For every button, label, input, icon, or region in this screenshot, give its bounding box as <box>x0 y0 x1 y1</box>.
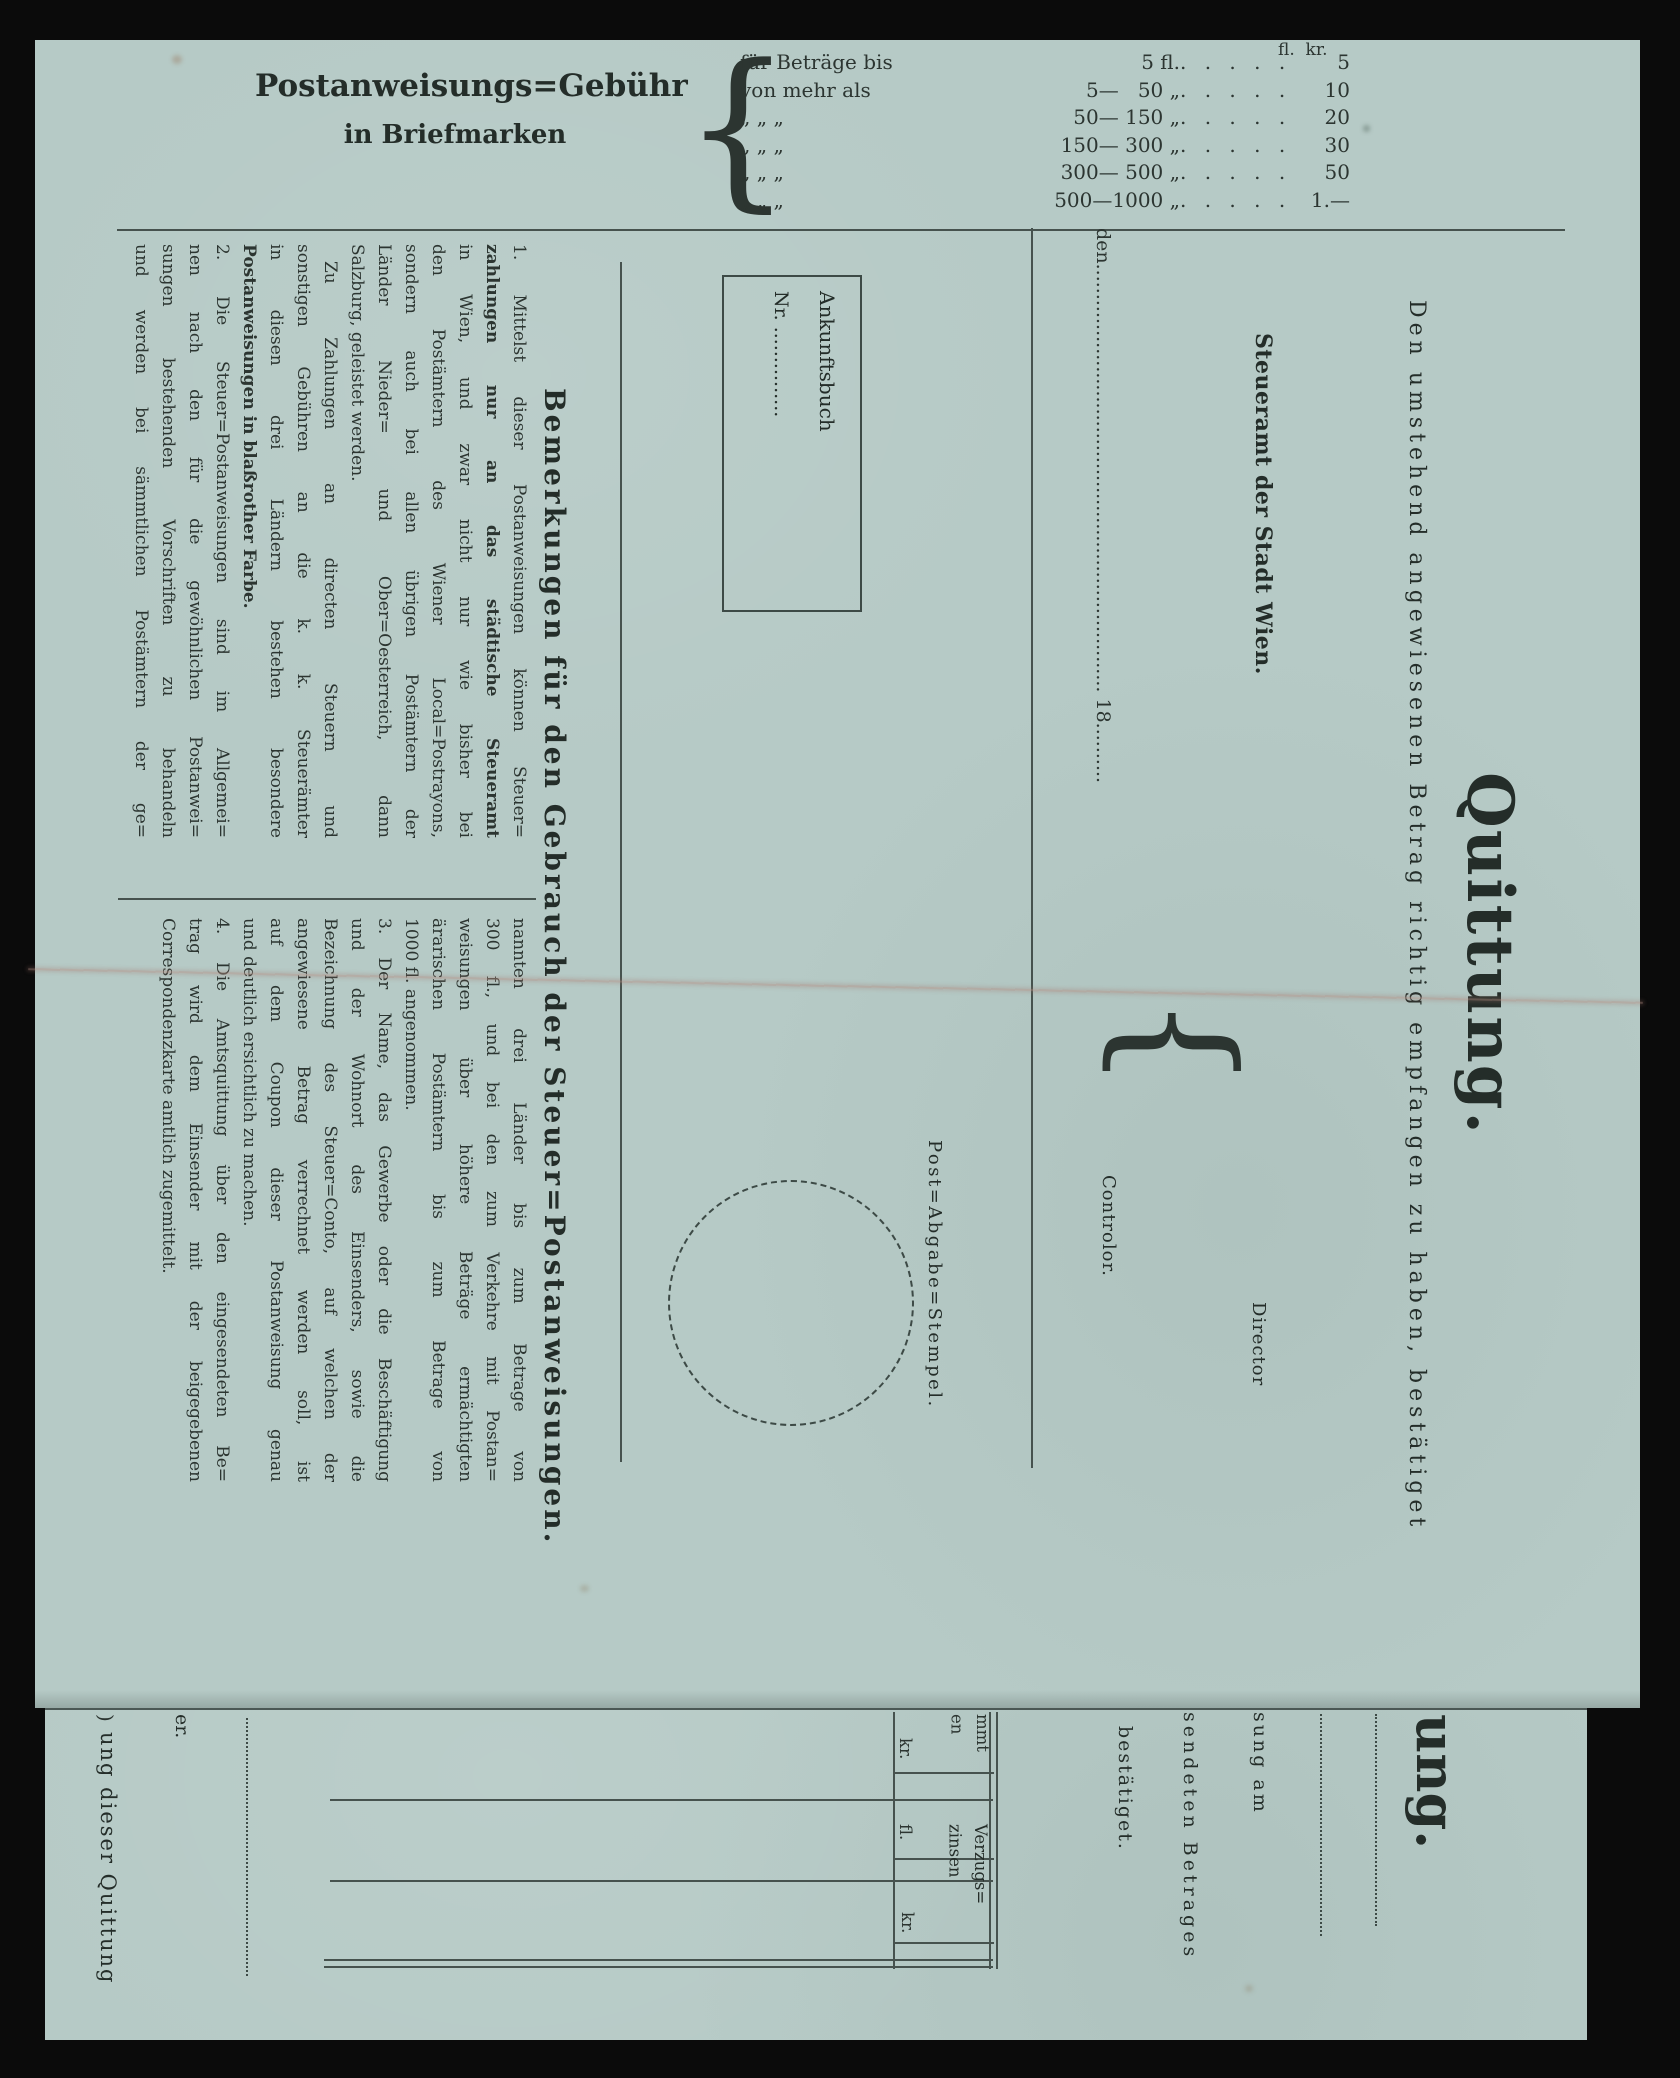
confirmation-text: Den umstehend angewiesenen Betrag richti… <box>1404 300 1429 1490</box>
amount-table-kr-top: kr. <box>896 1738 915 1759</box>
fee-row-range: 50— 150 „ <box>955 105 1180 129</box>
note-line: Bezeichnung des Steuer=Conto, auf welche… <box>316 918 343 1482</box>
amount-table-header-fragment: mmt en <box>944 1714 995 1752</box>
note-line: nen nach den für die gewöhnlichen Postan… <box>181 244 208 838</box>
fee-row-range: 300— 500 „ <box>955 160 1180 184</box>
note-line: sungen bestehenden Vorschriften zu behan… <box>154 244 181 838</box>
verzugszinsen-line2: zinsen <box>942 1824 968 1904</box>
fee-row-label: „ „ „ <box>740 160 955 184</box>
bottom-line-am: sung am <box>1249 1712 1271 1815</box>
fee-row-dots: . . . . . . . <box>1180 133 1295 157</box>
bottom-line-betrag: sendeten Betrages <box>1179 1712 1201 1960</box>
fee-row-range: 150— 300 „ <box>955 133 1180 157</box>
note-line: auf dem Coupon dieser Postanweisung gena… <box>262 918 289 1482</box>
amount-table-line-1 <box>330 1799 993 1801</box>
bottom-er-fragment: er. <box>171 1714 193 1738</box>
fee-row-label: für Beträge bis <box>740 50 955 74</box>
fee-row-range: 500—1000 „ <box>955 188 1180 212</box>
fee-row-value: 50 <box>1295 160 1350 184</box>
note-line: in diesen drei Ländern bestehen besonder… <box>262 244 289 838</box>
fee-title-line1: Postanweisungs=Gebühr <box>255 68 655 104</box>
bottom-line-bestaetiget: bestätiget. <box>1114 1726 1136 1851</box>
note-line: 1000 fl. angenommen. <box>397 918 424 1482</box>
note-line: 300 fl., und bei den zum Verkehre mit Po… <box>478 918 505 1482</box>
note-line: zahlungen nur an das städtische Steueram… <box>478 244 505 838</box>
fee-row: „ „ „ 50— 150 „ . . . . . . . 20 <box>740 105 1352 133</box>
fee-row-value: 20 <box>1295 105 1350 129</box>
stamp-circle <box>668 1180 914 1426</box>
amount-table-subdivider-1 <box>893 1772 994 1774</box>
fee-row-dots: . . . . . . <box>1180 188 1295 212</box>
fee-row: „ „ „ 300— 500 „ . . . . . . . 50 <box>740 160 1352 188</box>
note-line: Correspondenzkarte amtlich zugemittelt. <box>154 918 181 1482</box>
fee-row: „ „ „ 150— 300 „ . . . . . . . 30 <box>740 133 1352 161</box>
fee-row-value: 30 <box>1295 133 1350 157</box>
foxing-spot <box>1245 1985 1253 1992</box>
fee-row-dots: . . . . . . . <box>1180 105 1295 129</box>
fee-row: „ „ „ 500—1000 „ . . . . . . 1.— <box>740 188 1352 216</box>
note-line: 4. Die Amtsquittung über den eingesendet… <box>208 918 235 1482</box>
stamp-label: Post=Abgabe=Stempel. <box>924 1140 945 1409</box>
office-name: Steueramt der Stadt Wien. <box>1250 333 1276 675</box>
date-line: den.....................................… <box>1092 228 1114 908</box>
note-line: 1. Mittelst dieser Postanweisungen könne… <box>505 244 532 838</box>
header-fragment-line1: mmt <box>970 1714 996 1752</box>
signature-controlor: Controlor. <box>1098 1175 1119 1277</box>
amount-table-verzugszinsen: Verzugs= zinsen <box>942 1824 993 1904</box>
amount-table-fl: fl. <box>896 1824 915 1840</box>
fee-table-rule <box>117 229 1565 231</box>
arrival-book-label: Ankunftsbuch <box>804 291 850 591</box>
foxing-spot <box>172 55 182 64</box>
note-line: weisungen über höhere Beträge ermächtigt… <box>451 918 478 1482</box>
amount-table-kr-bottom: kr. <box>898 1912 917 1933</box>
fee-row-dots: . . . . . . . <box>1180 160 1295 184</box>
header-fragment-line2: en <box>944 1714 970 1752</box>
fee-row: für Beträge bis 5 fl. . . . . . . . 5 <box>740 50 1352 78</box>
fee-row-label: „ „ „ <box>740 188 955 212</box>
notes-left-column: 1. Mittelst dieser Postanweisungen könne… <box>126 244 532 838</box>
fee-row-label: von mehr als <box>740 78 955 102</box>
note-line: und deutlich ersichtlich zu machen. <box>235 918 262 1482</box>
amount-table-line-2 <box>330 1880 993 1882</box>
note-line: sondern auch bei allen übrigen Postämter… <box>397 244 424 838</box>
foxing-spot <box>1363 125 1370 132</box>
bottom-left-fragment: ung dieser Quittung <box>96 1732 120 1985</box>
section-rule-2 <box>620 262 622 1462</box>
fee-row-label: „ „ „ <box>740 133 955 157</box>
paper-bottom-panel <box>45 1708 1587 2040</box>
note-line: ärarischen Postämtern bis zum Betrage vo… <box>424 918 451 1482</box>
notes-column-separator <box>118 898 536 900</box>
section-rule-1 <box>1031 228 1033 1468</box>
amount-table-header-border <box>893 1712 895 1969</box>
bottom-dotted-line-2 <box>1375 1714 1377 1926</box>
note-line: und werden bei sämmtlichen Postämtern de… <box>127 244 154 838</box>
note-line: in Wien, und zwar nicht nur wie bisher b… <box>451 244 478 838</box>
fee-rows: für Beträge bis 5 fl. . . . . . . . 5 vo… <box>740 50 1352 215</box>
amount-table-bottom-double-1 <box>324 1959 993 1961</box>
note-line: den Postämtern des Wiener Local=Postrayo… <box>424 244 451 838</box>
foxing-spot <box>580 1585 589 1592</box>
arrival-book-box: Ankunftsbuch Nr. ............... <box>722 275 862 612</box>
amount-table-subdivider-3 <box>893 1942 994 1944</box>
note-line: Zu Zahlungen an directen Steuern und <box>316 244 343 838</box>
bottom-dotted-line-3 <box>246 1718 248 1976</box>
fee-row-dots: . . . . . . . <box>1180 78 1295 102</box>
fee-row-value: 5 <box>1295 50 1350 74</box>
note-line: Länder Nieder= und Ober=Oesterreich, dan… <box>370 244 397 838</box>
note-line: nannten drei Länder bis zum Betrage von <box>505 918 532 1482</box>
note-line: Salzburg, geleistet werden. <box>343 244 370 838</box>
scanned-document-page: Postanweisungs=Gebühr in Briefmarken { f… <box>0 0 1680 2078</box>
signature-director: Director <box>1248 1302 1269 1386</box>
bottom-paren-fragment: ) <box>94 1714 118 1722</box>
signature-brace-icon: { <box>1103 967 1253 1117</box>
note-line: 2. Die Steuer=Postanweisungen sind im Al… <box>208 244 235 838</box>
note-line: sonstigen Gebühren an die k. k. Steueräm… <box>289 244 316 838</box>
arrival-book-number-line: Nr. ............... <box>758 291 804 591</box>
bottom-dotted-line-1 <box>1320 1714 1322 1936</box>
fold-shadow <box>35 1690 1640 1708</box>
fee-row-value: 1.— <box>1295 188 1350 212</box>
amount-table-bottom-double-2 <box>324 1966 993 1968</box>
note-line: und der Wohnort des Einsenders, sowie di… <box>343 918 370 1482</box>
fee-row-range: 5 fl. <box>955 50 1180 74</box>
note-line: trag wird dem Einsender mit der beigegeb… <box>181 918 208 1482</box>
fee-row-range: 5— 50 „ <box>955 78 1180 102</box>
fee-row-value: 10 <box>1295 78 1350 102</box>
fee-row-dots: . . . . . . . <box>1180 50 1295 74</box>
note-line: angewiesene Betrag verrechnet werden sol… <box>289 918 316 1482</box>
verzugszinsen-line1: Verzugs= <box>968 1824 994 1904</box>
notes-right-column: nannten drei Länder bis zum Betrage von3… <box>152 918 532 1482</box>
fee-title-line2: in Briefmarken <box>255 120 655 150</box>
notes-heading: Bemerkungen für den Gebrauch der Steuer=… <box>538 388 571 1473</box>
fee-row-label: „ „ „ <box>740 105 955 129</box>
fee-row: von mehr als 5— 50 „ . . . . . . . 10 <box>740 78 1352 106</box>
bottom-title-fragment: ung. <box>1404 1714 1468 1849</box>
receipt-title: Quittung. <box>1452 772 1527 1136</box>
note-line: Postanweisungen in blaßrother Farbe. <box>235 244 262 838</box>
note-line: 3. Der Name, das Gewerbe oder die Beschä… <box>370 918 397 1482</box>
